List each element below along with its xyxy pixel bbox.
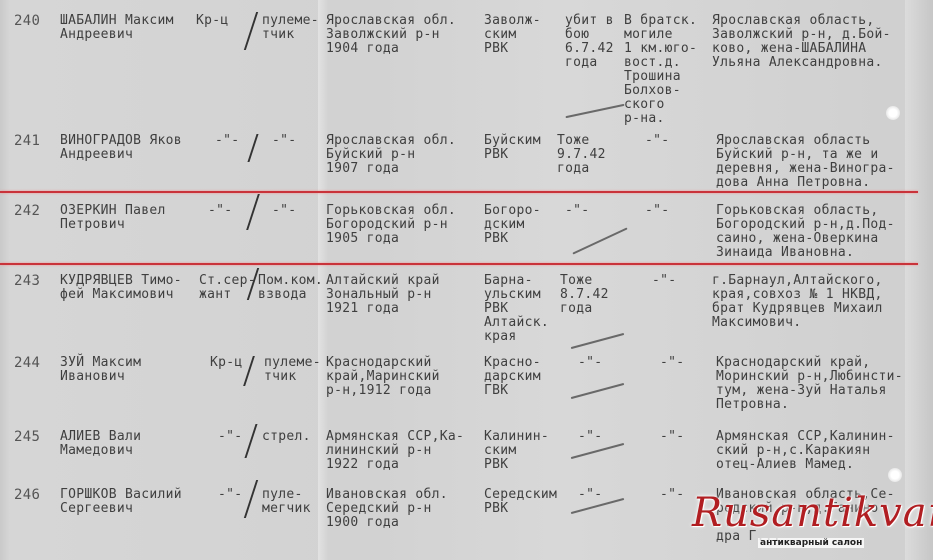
record-family: Краснодарский край, Моринский р-н,Любинс… (716, 356, 903, 412)
record-number: 243 (14, 274, 40, 288)
record-family: Армянская ССР,Калинин- ский р-н,с.Караки… (716, 430, 895, 472)
record-rank: Кр-ц (196, 14, 229, 28)
record-burial: В братск. могиле 1 км.юго- вост.д. Троши… (624, 14, 697, 126)
pencil-stroke (571, 383, 625, 399)
record-rank: -"- (218, 488, 242, 502)
record-draft-office: Буйским РВК (484, 134, 541, 162)
watermark: Rusantikvar антикварный салон (692, 496, 928, 556)
record-fate: Тоже 8.7.42 года (560, 274, 609, 316)
pencil-stroke (571, 443, 625, 459)
record-draft-office: Богоро- дским РВК (484, 204, 541, 246)
record-birthplace: Армянская ССР,Ка- лининский р-н 1922 год… (326, 430, 464, 472)
record-name: АЛИЕВ Вали Мамедович (60, 430, 141, 458)
record-rank: Кр-ц (210, 356, 243, 370)
record-birthplace: Ярославская обл. Заволжский р-н 1904 год… (326, 14, 456, 56)
record-birthplace: Горьковская обл. Богородский р-н 1905 го… (326, 204, 456, 246)
record-birthplace: Ярославская обл. Буйский р-н 1907 года (326, 134, 456, 176)
record-position: пулеме- тчик (264, 356, 321, 384)
record-family: Ярославская область Буйский р-н, та же и… (716, 134, 895, 190)
paper-hole (886, 106, 900, 120)
pencil-stroke (565, 104, 624, 118)
pencil-stroke (571, 333, 625, 349)
record-burial: -"- (645, 134, 669, 148)
record-name: ВИНОГРАДОВ Яков Андреевич (60, 134, 182, 162)
record-fate: -"- (578, 430, 602, 444)
checkmark-icon (247, 134, 276, 162)
record-burial: -"- (660, 488, 684, 502)
record-family: г.Барнаул,Алтайского, края,совхоз № 1 НК… (712, 274, 883, 330)
record-birthplace: Ивановская обл. Середский р-н 1900 года (326, 488, 448, 530)
watermark-brand: Rusantikvar (692, 490, 933, 536)
record-number: 241 (14, 134, 40, 148)
record-number: 246 (14, 488, 40, 502)
record-draft-office: Барна- ульским РВК Алтайск. края (484, 274, 549, 344)
record-draft-office: Красно- дарским ГВК (484, 356, 541, 398)
record-name: ШАБАЛИН Максим Андреевич (60, 14, 174, 42)
record-number: 242 (14, 204, 40, 218)
record-rank: -"- (215, 134, 239, 148)
record-draft-office: Калинин- ским РВК (484, 430, 549, 472)
record-draft-office: Заволж- ским РВК (484, 14, 541, 56)
record-name: ГОРШКОВ Василий Сергеевич (60, 488, 182, 516)
record-family: Ярославская область, Заволжский р-н, д.Б… (712, 14, 891, 70)
record-name: ОЗЕРКИН Павел Петрович (60, 204, 166, 232)
record-name: ЗУЙ Максим Иванович (60, 356, 141, 384)
record-birthplace: Краснодарский край,Маринский р-н,1912 го… (326, 356, 440, 398)
record-fate: -"- (578, 356, 602, 370)
record-birthplace: Алтайский край Зональный р-н 1921 года (326, 274, 440, 316)
paper-hole (888, 468, 902, 482)
pencil-stroke (572, 227, 627, 254)
record-rank: -"- (218, 430, 242, 444)
record-family: Горьковская область, Богородский р-н,д.П… (716, 204, 895, 260)
highlight-line-top (0, 191, 918, 193)
record-burial: -"- (660, 430, 684, 444)
paper-edge (905, 0, 933, 560)
record-burial: -"- (660, 356, 684, 370)
record-fate: Тоже 9.7.42 года (557, 134, 606, 176)
record-fate: -"- (578, 488, 602, 502)
record-number: 244 (14, 356, 40, 370)
record-fate: -"- (565, 204, 589, 218)
highlight-line-bottom (0, 263, 918, 265)
record-number: 245 (14, 430, 40, 444)
record-draft-office: Середским РВК (484, 488, 557, 516)
watermark-subtitle: антикварный салон (758, 538, 864, 548)
record-name: КУДРЯВЦЕВ Тимо- фей Максимович (60, 274, 182, 302)
record-position: -"- (272, 204, 296, 218)
record-rank: -"- (208, 204, 232, 218)
record-burial: -"- (652, 274, 676, 288)
record-number: 240 (14, 14, 40, 28)
record-fate: убит в бою 6.7.42 года (565, 14, 614, 70)
record-burial: -"- (645, 204, 669, 218)
